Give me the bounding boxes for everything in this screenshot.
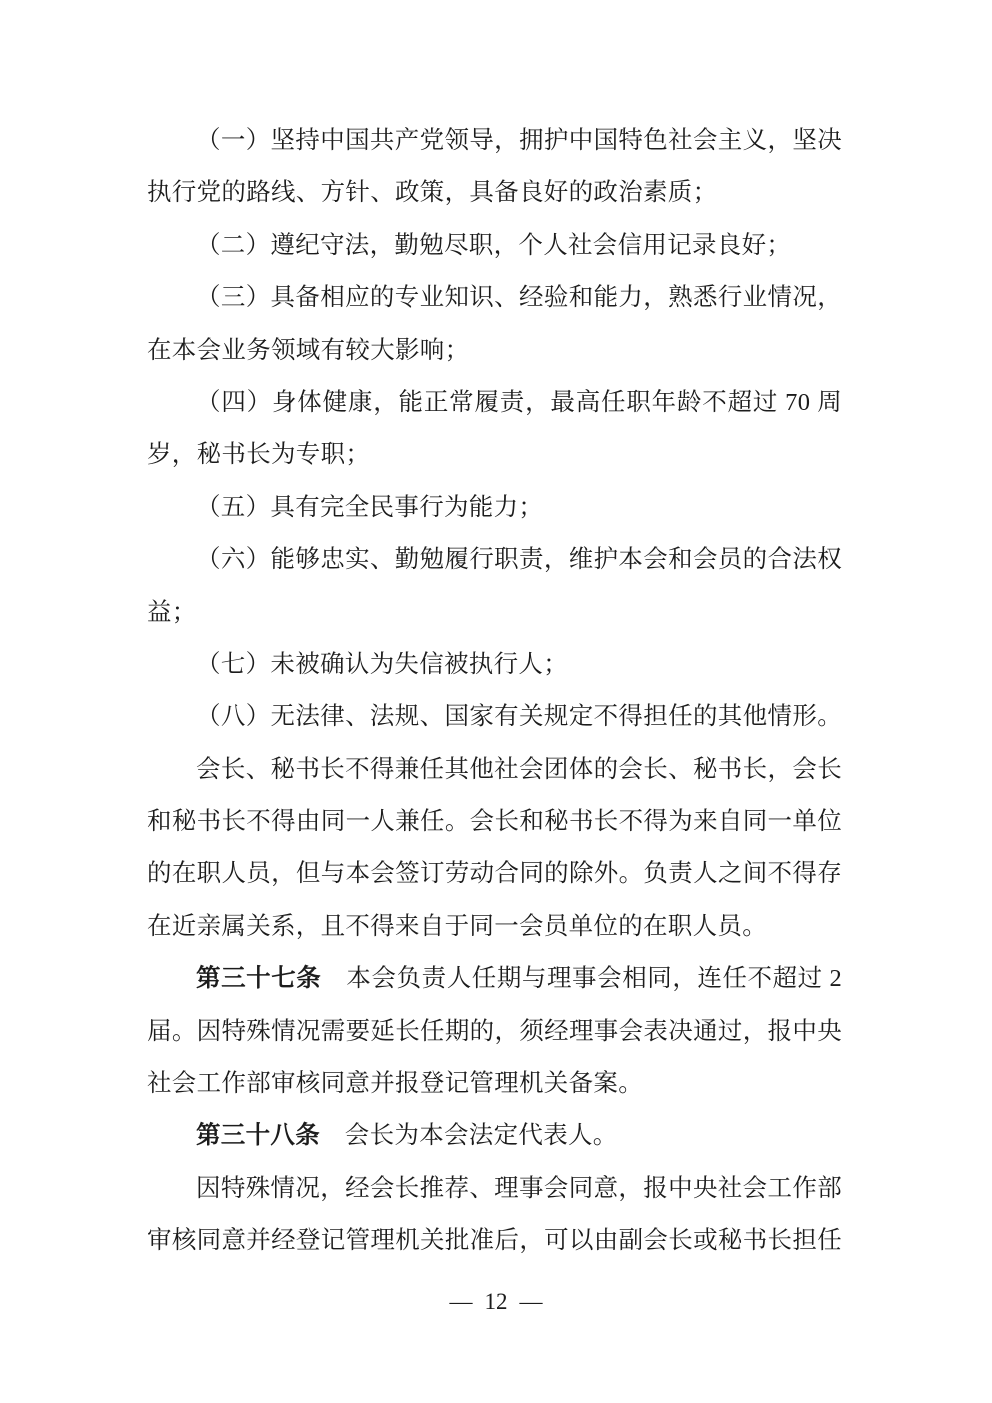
text-segment: 本会负责人任期与理事会相同，连任不超过 2	[321, 965, 842, 992]
text-line: （六）能够忠实、勤勉履行职责，维护本会和会员的合法权	[147, 534, 842, 586]
text-line: （七）未被确认为失信被执行人；	[147, 639, 842, 691]
text-segment: 和秘书长不得由同一人兼任。会长和秘书长不得为来自同一单位	[147, 808, 842, 835]
text-segment: 执行党的路线、方针、政策，具备良好的政治素质；	[147, 179, 717, 206]
document-body: （一）坚持中国共产党领导，拥护中国特色社会主义，坚决执行党的路线、方针、政策，具…	[147, 115, 842, 1268]
text-line: （二）遵纪守法，勤勉尽职，个人社会信用记录良好；	[147, 220, 842, 272]
text-segment: 届。因特殊情况需要延长任期的，须经理事会表决通过，报中央	[147, 1018, 842, 1045]
text-segment: 益；	[147, 599, 197, 626]
footer-dash-right: —	[520, 1287, 543, 1317]
text-line: （一）坚持中国共产党领导，拥护中国特色社会主义，坚决	[147, 115, 842, 167]
text-segment: （七）未被确认为失信被执行人；	[196, 651, 568, 678]
text-line: 社会工作部审核同意并报登记管理机关备案。	[147, 1058, 842, 1110]
text-segment: （三）具备相应的专业知识、经验和能力，熟悉行业情况，	[196, 284, 842, 311]
text-segment: 在本会业务领域有较大影响；	[147, 337, 469, 364]
footer-dash-left: —	[450, 1287, 473, 1317]
text-segment: 会长为本会法定代表人。	[320, 1122, 618, 1149]
text-line: 和秘书长不得由同一人兼任。会长和秘书长不得为来自同一单位	[147, 796, 842, 848]
page-number: 12	[485, 1287, 508, 1317]
article-number: 第三十七条	[196, 965, 321, 992]
text-segment: （八）无法律、法规、国家有关规定不得担任的其他情形。	[196, 703, 842, 730]
text-line: 在本会业务领域有较大影响；	[147, 325, 842, 377]
text-line: （五）具有完全民事行为能力；	[147, 482, 842, 534]
text-line: 因特殊情况，经会长推荐、理事会同意，报中央社会工作部	[147, 1163, 842, 1215]
text-line: （四）身体健康，能正常履责，最高任职年龄不超过 70 周	[147, 377, 842, 429]
text-segment: （四）身体健康，能正常履责，最高任职年龄不超过 70 周	[196, 389, 842, 416]
text-segment: 社会工作部审核同意并报登记管理机关备案。	[147, 1070, 643, 1097]
text-line: （八）无法律、法规、国家有关规定不得担任的其他情形。	[147, 691, 842, 743]
article-number: 第三十八条	[196, 1122, 320, 1149]
text-line: 岁，秘书长为专职；	[147, 429, 842, 481]
text-line: 会长、秘书长不得兼任其他社会团体的会长、秘书长，会长	[147, 744, 842, 796]
text-line: 届。因特殊情况需要延长任期的，须经理事会表决通过，报中央	[147, 1006, 842, 1058]
text-line: 的在职人员，但与本会签订劳动合同的除外。负责人之间不得存	[147, 848, 842, 900]
text-segment: （一）坚持中国共产党领导，拥护中国特色社会主义，坚决	[196, 127, 842, 154]
text-segment: 在近亲属关系，且不得来自于同一会员单位的在职人员。	[147, 913, 767, 940]
text-line: 执行党的路线、方针、政策，具备良好的政治素质；	[147, 167, 842, 219]
text-segment: 岁，秘书长为专职；	[147, 441, 370, 468]
text-segment: 会长、秘书长不得兼任其他社会团体的会长、秘书长，会长	[196, 756, 842, 783]
text-segment: （五）具有完全民事行为能力；	[196, 494, 543, 521]
text-line: 审核同意并经登记管理机关批准后，可以由副会长或秘书长担任	[147, 1215, 842, 1267]
page-footer: —12—	[0, 1287, 992, 1317]
text-line: （三）具备相应的专业知识、经验和能力，熟悉行业情况，	[147, 272, 842, 324]
text-line: 在近亲属关系，且不得来自于同一会员单位的在职人员。	[147, 901, 842, 953]
text-segment: 的在职人员，但与本会签订劳动合同的除外。负责人之间不得存	[147, 860, 842, 887]
text-line: 第三十七条 本会负责人任期与理事会相同，连任不超过 2	[147, 953, 842, 1005]
text-segment: （二）遵纪守法，勤勉尽职，个人社会信用记录良好；	[196, 232, 791, 259]
text-segment: （六）能够忠实、勤勉履行职责，维护本会和会员的合法权	[196, 546, 842, 573]
text-segment: 审核同意并经登记管理机关批准后，可以由副会长或秘书长担任	[147, 1227, 842, 1254]
text-segment: 因特殊情况，经会长推荐、理事会同意，报中央社会工作部	[196, 1175, 842, 1202]
text-line: 益；	[147, 587, 842, 639]
text-line: 第三十八条 会长为本会法定代表人。	[147, 1110, 842, 1162]
